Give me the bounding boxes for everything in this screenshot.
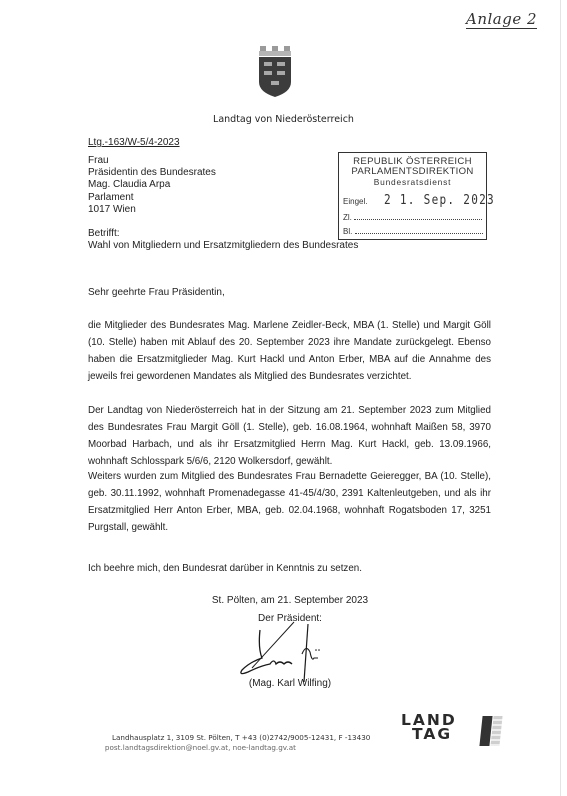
body-paragraph: die Mitglieder des Bundesrates Mag. Marl… — [88, 317, 491, 385]
signature-icon — [230, 618, 350, 682]
recipient-line: Parlament — [88, 192, 216, 204]
logo-line-2: TAG — [401, 727, 457, 741]
landtag-logo: LAND TAG — [399, 712, 509, 752]
stamp-zl-label: Zl. — [343, 213, 352, 222]
annotation-text: Anlage 2 — [466, 10, 537, 29]
body-paragraph: Ich beehre mich, den Bundesrat darüber i… — [88, 560, 491, 577]
footer-address: Landhausplatz 1, 3109 St. Pölten, T +43 … — [112, 733, 370, 742]
stamp-bl-label: Bl. — [343, 227, 352, 236]
stamp-received-label: Eingel. — [343, 197, 367, 206]
received-stamp: REPUBLIK ÖSTERREICH PARLAMENTSDIREKTION … — [338, 152, 487, 240]
recipient-line: 1017 Wien — [88, 204, 216, 216]
logo-text: LAND TAG — [401, 713, 457, 741]
recipient-line: Präsidentin des Bundesrates — [88, 167, 216, 179]
handwritten-annotation: Anlage 2 — [466, 10, 537, 28]
recipient-address: Frau Präsidentin des Bundesrates Mag. Cl… — [88, 155, 216, 216]
subject-text: Wahl von Mitgliedern und Ersatzmitgliede… — [88, 240, 358, 251]
organization-name: Landtag von Niederösterreich — [0, 114, 567, 125]
stamp-zl-dots — [354, 212, 482, 220]
recipient-line: Mag. Claudia Arpa — [88, 179, 216, 191]
body-paragraph: Der Landtag von Niederösterreich hat in … — [88, 402, 491, 470]
stamp-line-2: PARLAMENTSDIREKTION — [339, 167, 486, 177]
logo-flag-bar-light — [490, 716, 502, 746]
stamp-received-date: 2 1. Sep. 2023 — [384, 193, 495, 208]
coat-of-arms-icon — [256, 44, 294, 98]
footer-contact: post.landtagsdirektion@noel.gv.at, noe-l… — [105, 743, 296, 752]
stamp-zl-row: Zl. — [343, 212, 482, 222]
signatory-name: (Mag. Karl Wilfing) — [180, 678, 400, 689]
stamp-bl-row: Bl. — [343, 226, 483, 236]
body-paragraph: Weiters wurden zum Mitglied des Bundesra… — [88, 468, 491, 536]
stamp-received-row: Eingel. 2 1. Sep. 2023 — [343, 193, 514, 208]
reference-number: Ltg.-163/W-5/4-2023 — [88, 137, 180, 148]
recipient-line: Frau — [88, 155, 216, 167]
salutation: Sehr geehrte Frau Präsidentin, — [88, 287, 225, 298]
place-date: St. Pölten, am 21. September 2023 — [180, 595, 400, 606]
stamp-line-3: Bundesratsdienst — [339, 177, 486, 187]
stamp-bl-dots — [355, 226, 483, 234]
subject-label: Betrifft: — [88, 228, 120, 239]
